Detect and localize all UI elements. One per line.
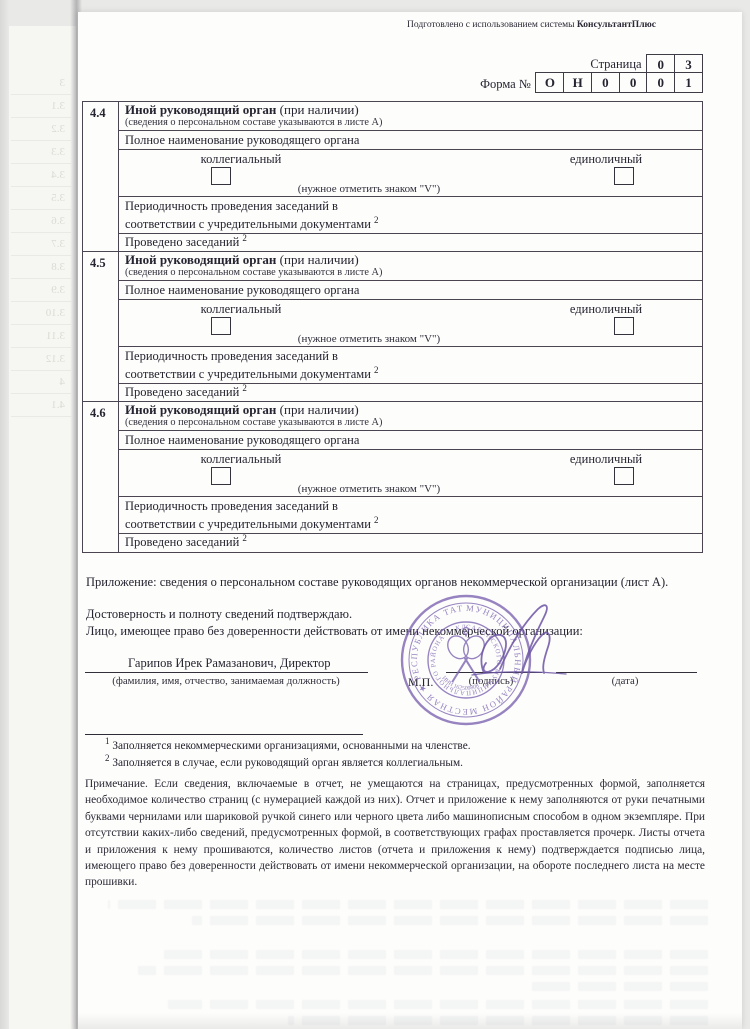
- held-label: Проведено заседаний: [125, 385, 239, 399]
- bleedthrough-number: 4: [11, 371, 71, 394]
- bleedthrough-number-column: 3 3.1 3.2 3.3 3.4 3.5 3.6 3.7 3.8 3.9 3.…: [11, 72, 71, 417]
- form-digit-cell: О: [535, 72, 564, 93]
- scan-left-edge: [0, 0, 9, 1029]
- full-name-row: Полное наименование руководящего органа: [119, 431, 702, 450]
- previous-page-edge: 3 3.1 3.2 3.3 3.4 3.5 3.6 3.7 3.8 3.9 3.…: [9, 26, 76, 1029]
- section-4-6: 4.6 Иной руководящий орган (при наличии)…: [83, 402, 702, 552]
- scanned-page-canvas: 3 3.1 3.2 3.3 3.4 3.5 3.6 3.7 3.8 3.9 3.…: [0, 0, 750, 1029]
- form-digit-cell: 0: [591, 72, 620, 93]
- section-title: Иной руководящий орган: [125, 402, 276, 417]
- footnote-ref: 2: [242, 233, 247, 243]
- section-title-row: Иной руководящий орган (при наличии) (св…: [119, 252, 702, 281]
- sole-label: единоличный: [570, 152, 642, 167]
- handwritten-signature: [466, 595, 581, 697]
- bleedthrough-number: 3.6: [11, 210, 71, 233]
- form-digit-cell: 0: [646, 72, 675, 93]
- footnote-2: 2 Заполняется в случае, если руководящий…: [85, 757, 705, 769]
- bleedthrough-number: 3.4: [11, 164, 71, 187]
- fio-underline: [85, 672, 368, 673]
- attachment-note: Приложение: сведения о персональном сост…: [86, 575, 716, 590]
- form-digit-cell: 0: [619, 72, 648, 93]
- section-4-4: 4.4 Иной руководящий орган (при наличии)…: [83, 102, 702, 252]
- footnote-ref: 2: [242, 533, 247, 543]
- section-subtitle: (сведения о персональном составе указыва…: [125, 417, 698, 429]
- section-title-row: Иной руководящий орган (при наличии) (св…: [119, 102, 702, 131]
- mark-hint: (нужное отметить знаком "V"): [119, 483, 619, 495]
- bleedthrough-number: 3.2: [11, 118, 71, 141]
- governing-bodies-table: 4.4 Иной руководящий орган (при наличии)…: [82, 101, 703, 553]
- held-label: Проведено заседаний: [125, 235, 239, 249]
- periodicity-line2: соответствии с учредительными документам…: [125, 217, 371, 231]
- bleedthrough-text-block: [108, 900, 708, 932]
- footnote-1: 1 Заполняется некоммерческими организаци…: [85, 740, 705, 752]
- section-content: Иной руководящий орган (при наличии) (св…: [119, 402, 702, 552]
- bleedthrough-number: 3.10: [11, 302, 71, 325]
- form-digit-cell: Н: [563, 72, 592, 93]
- section-title: Иной руководящий орган: [125, 102, 276, 117]
- body-type-row: коллегиальный единоличный (нужное отмети…: [119, 150, 702, 197]
- periodicity-row: Периодичность проведения заседаний в соо…: [119, 347, 702, 384]
- periodicity-row: Периодичность проведения заседаний в соо…: [119, 497, 702, 534]
- section-title-suffix: (при наличии): [276, 102, 358, 117]
- confirmation-line: Достоверность и полноту сведений подтвер…: [86, 607, 352, 622]
- sole-label: единоличный: [570, 302, 642, 317]
- section-subtitle: (сведения о персональном составе указыва…: [125, 117, 698, 129]
- periodicity-line1: Периодичность проведения заседаний в: [125, 348, 702, 366]
- periodicity-line2: соответствии с учредительными документам…: [125, 367, 371, 381]
- full-name-row: Полное наименование руководящего органа: [119, 281, 702, 300]
- page-form-code-table: Страница 0 3 Форма № О Н 0 0 0 1: [480, 54, 703, 95]
- note-paragraph: Примечание. Если сведения, включаемые в …: [85, 776, 705, 891]
- footnote-text: Заполняется в случае, если руководящий о…: [112, 757, 463, 769]
- bleedthrough-number: 3.3: [11, 141, 71, 164]
- bleedthrough-number: 3.8: [11, 256, 71, 279]
- bleedthrough-number: 4.1: [11, 394, 71, 417]
- footnote-ref: 2: [374, 364, 379, 374]
- consultantplus-brand: КонсультантПлюс: [577, 20, 656, 30]
- section-content: Иной руководящий орган (при наличии) (св…: [119, 252, 702, 401]
- form-digit-cell: 1: [674, 72, 703, 93]
- footnote-ref: 2: [374, 214, 379, 224]
- footnote-marker: 1: [105, 736, 110, 746]
- bleedthrough-number: 3.7: [11, 233, 71, 256]
- full-name-row: Полное наименование руководящего органа: [119, 131, 702, 150]
- section-number: 4.4: [83, 102, 119, 251]
- mark-hint: (нужное отметить знаком "V"): [119, 333, 619, 345]
- document-page: Подготовлено с использованием системы Ко…: [78, 12, 742, 1029]
- bleedthrough-number: 3.1: [11, 95, 71, 118]
- form-label: Форма №: [480, 74, 537, 95]
- bleedthrough-number: 3.5: [11, 187, 71, 210]
- credit-text: Подготовлено с использованием системы: [407, 20, 575, 30]
- footnote-ref: 2: [242, 383, 247, 393]
- footnote-ref: 2: [374, 514, 379, 524]
- section-number: 4.5: [83, 252, 119, 401]
- body-type-row: коллегиальный единоличный (нужное отмети…: [119, 300, 702, 347]
- bleedthrough-text-block: [108, 950, 708, 998]
- section-title-suffix: (при наличии): [276, 252, 358, 267]
- section-title-row: Иной руководящий орган (при наличии) (св…: [119, 402, 702, 431]
- signatory-name: Гарипов Ирек Рамазанович, Директор: [128, 656, 331, 671]
- fio-caption: (фамилия, имя, отчество, занимаемая долж…: [112, 675, 340, 687]
- periodicity-row: Периодичность проведения заседаний в соо…: [119, 197, 702, 234]
- footnote-marker: 2: [105, 753, 110, 763]
- held-label: Проведено заседаний: [125, 535, 239, 549]
- sole-label: единоличный: [570, 452, 642, 467]
- form-number-row: Форма № О Н 0 0 0 1: [480, 74, 703, 95]
- mark-hint: (нужное отметить знаком "V"): [119, 183, 619, 195]
- scan-bottom-fade: [78, 1013, 742, 1029]
- section-number: 4.6: [83, 402, 119, 552]
- periodicity-line2: соответствии с учредительными документам…: [125, 517, 371, 531]
- section-subtitle: (сведения о персональном составе указыва…: [125, 267, 698, 279]
- periodicity-line1: Периодичность проведения заседаний в: [125, 498, 702, 516]
- collegial-label: коллегиальный: [201, 152, 282, 167]
- periodicity-line1: Периодичность проведения заседаний в: [125, 198, 702, 216]
- section-4-5: 4.5 Иной руководящий орган (при наличии)…: [83, 252, 702, 402]
- bleedthrough-number: 3.9: [11, 279, 71, 302]
- section-content: Иной руководящий орган (при наличии) (св…: [119, 102, 702, 251]
- meetings-held-row: Проведено заседаний 2: [119, 234, 702, 251]
- collegial-label: коллегиальный: [201, 452, 282, 467]
- bleedthrough-number: 3.11: [11, 325, 71, 348]
- meetings-held-row: Проведено заседаний 2: [119, 384, 702, 401]
- date-caption: (дата): [612, 675, 639, 687]
- footnote-text: Заполняется некоммерческими организациям…: [112, 740, 470, 752]
- body-type-row: коллегиальный единоличный (нужное отмети…: [119, 450, 702, 497]
- footnote-divider: [85, 734, 363, 735]
- section-title: Иной руководящий орган: [125, 252, 276, 267]
- bleedthrough-number: 3.12: [11, 348, 71, 371]
- section-title-suffix: (при наличии): [276, 402, 358, 417]
- collegial-label: коллегиальный: [201, 302, 282, 317]
- bleedthrough-number: 3: [11, 72, 71, 95]
- consultantplus-credit: Подготовлено с использованием системы Ко…: [407, 20, 656, 30]
- meetings-held-row: Проведено заседаний 2: [119, 534, 702, 551]
